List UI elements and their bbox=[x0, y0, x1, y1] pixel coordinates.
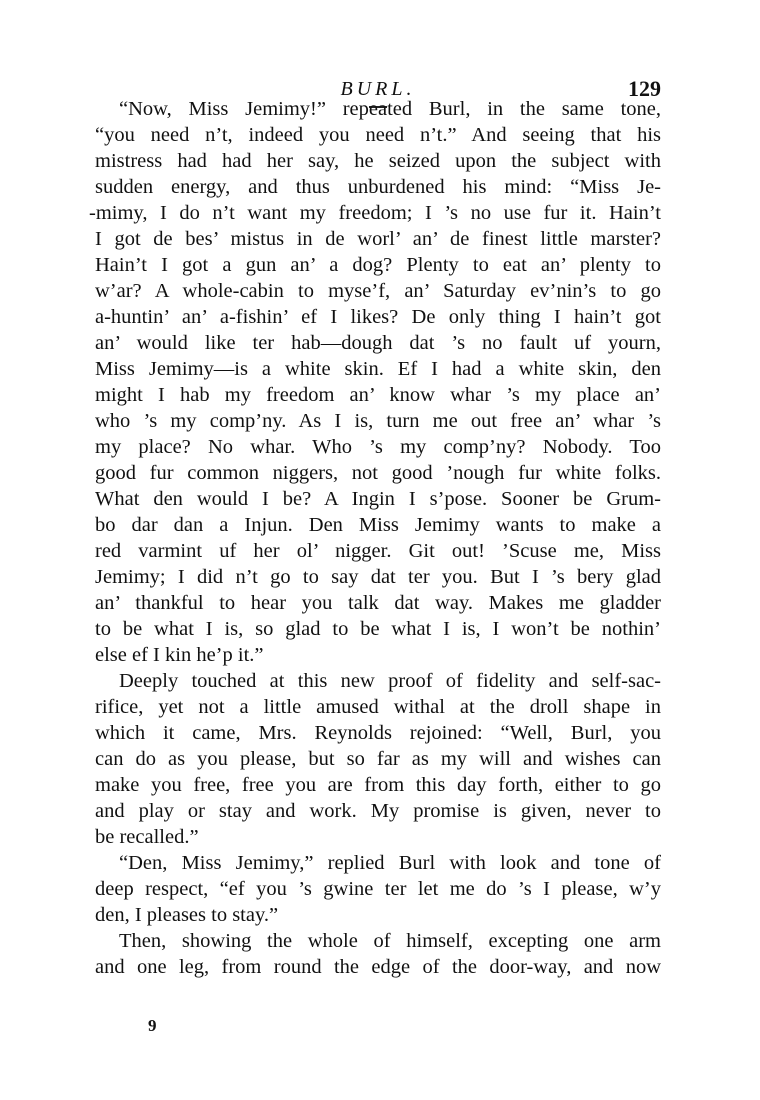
text-line: be recalled.” bbox=[95, 824, 661, 850]
text-line: “Now, Miss Jemimy!” repeated Burl, in th… bbox=[95, 96, 661, 122]
text-line: Jemimy; I did n’t go to say dat ter you.… bbox=[95, 564, 661, 590]
text-line: Hain’t I got a gun an’ a dog? Plenty to … bbox=[95, 252, 661, 278]
text-line: can do as you please, but so far as my w… bbox=[95, 746, 661, 772]
text-line: else ef I kin he’p it.” bbox=[95, 642, 661, 668]
text-line: mistress had had her say, he seized upon… bbox=[95, 148, 661, 174]
text-line: sudden energy, and thus unburdened his m… bbox=[95, 174, 661, 200]
text-line: w’ar? A whole-cabin to myse’f, an’ Satur… bbox=[95, 278, 661, 304]
text-line: Miss Jemimy—is a white skin. Ef I had a … bbox=[95, 356, 661, 382]
text-line: good fur common niggers, not good ’nough… bbox=[95, 460, 661, 486]
text-line: and play or stay and work. My promise is… bbox=[95, 798, 661, 824]
text-line: an’ would like ter hab—dough dat ’s no f… bbox=[95, 330, 661, 356]
book-page: BURL. 129 “Now, Miss Jemimy!” repeated B… bbox=[0, 0, 760, 1100]
text-line: red varmint uf her ol’ nigger. Git out! … bbox=[95, 538, 661, 564]
text-line: Deeply touched at this new proof of fide… bbox=[95, 668, 661, 694]
text-line: who ’s my comp’ny. As I is, turn me out … bbox=[95, 408, 661, 434]
signature-mark: 9 bbox=[148, 1016, 157, 1036]
text-line: to be what I is, so glad to be what I is… bbox=[95, 616, 661, 642]
text-line: might I hab my freedom an’ know whar ’s … bbox=[95, 382, 661, 408]
text-line: an’ thankful to hear you talk dat way. M… bbox=[95, 590, 661, 616]
text-line: den, I pleases to stay.” bbox=[95, 902, 661, 928]
text-line: a-huntin’ an’ a-fishin’ ef I likes? De o… bbox=[95, 304, 661, 330]
text-line: “you need n’t, indeed you need n’t.” And… bbox=[95, 122, 661, 148]
text-line: “Den, Miss Jemimy,” replied Burl with lo… bbox=[95, 850, 661, 876]
text-line: which it came, Mrs. Reynolds rejoined: “… bbox=[95, 720, 661, 746]
text-line: make you free, free you are from this da… bbox=[95, 772, 661, 798]
text-line: -mimy, I do n’t want my freedom; I ’s no… bbox=[89, 200, 661, 226]
text-line: and one leg, from round the edge of the … bbox=[95, 954, 661, 980]
text-line: bo dar dan a Injun. Den Miss Jemimy want… bbox=[95, 512, 661, 538]
text-line: What den would I be? A Ingin I s’pose. S… bbox=[95, 486, 661, 512]
text-line: rifice, yet not a little amused withal a… bbox=[95, 694, 661, 720]
body-text: “Now, Miss Jemimy!” repeated Burl, in th… bbox=[95, 96, 661, 980]
text-line: Then, showing the whole of himself, exce… bbox=[95, 928, 661, 954]
text-line: I got de bes’ mistus in de worl’ an’ de … bbox=[95, 226, 661, 252]
text-line: my place? No whar. Who ’s my comp’ny? No… bbox=[95, 434, 661, 460]
text-line: deep respect, “ef you ’s gwine ter let m… bbox=[95, 876, 661, 902]
